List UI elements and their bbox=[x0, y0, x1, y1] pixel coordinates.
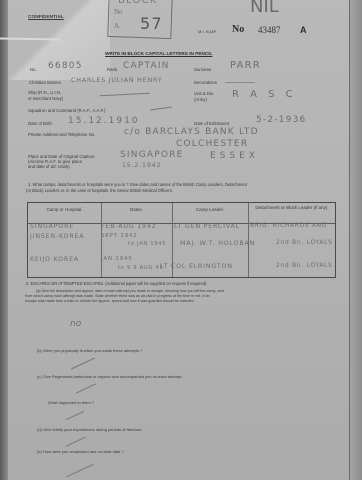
rank-value: CAPTAIN bbox=[123, 61, 170, 71]
number-label: No bbox=[232, 24, 244, 35]
row-2-detachment: 2nd Bn. LOYALS bbox=[276, 240, 333, 246]
capture-place: SINGAPORE bbox=[120, 150, 183, 160]
row-1-leader: LT GEN PERCIVAL bbox=[174, 223, 240, 230]
row-3-detachment: 2nd Bn. LOYALS bbox=[276, 263, 333, 269]
address-line-1: c/o BARCLAYS BANK LTD bbox=[124, 127, 259, 137]
header-detachment: Detachment or Block Leader (if any). bbox=[254, 205, 330, 211]
header-camp: Camp or Hospital. bbox=[28, 207, 101, 212]
question-2a-line-2: from which camp each attempt was made. S… bbox=[25, 294, 210, 298]
address-line-2: COLCHESTER bbox=[176, 139, 248, 149]
decorations-dash bbox=[225, 82, 255, 83]
question-2e: (e) How were you recaptured and on what … bbox=[37, 449, 124, 454]
question-1-line-1: 1. What camps, detachments or hospitals … bbox=[28, 182, 247, 187]
christian-names-value: CHARLES JULIAN HENRY bbox=[71, 77, 162, 84]
squadron-label: Squadron and Command (R.A.F., A.A.F.) bbox=[28, 108, 105, 113]
question-1-line-2: (or Block) Leaders or, in the case of ho… bbox=[26, 188, 173, 193]
unit-label: Unit & Div. bbox=[194, 91, 214, 96]
row-2-camp: JINSEN-KOREA bbox=[30, 233, 84, 240]
address-line-3: ESSEX bbox=[210, 151, 259, 161]
question-2a-answer: no bbox=[70, 319, 81, 329]
enlistment-label: Date of Enlistment bbox=[194, 121, 229, 126]
question-2c-follow-up: What happened to them ? bbox=[48, 400, 94, 405]
form-number-suffix: A bbox=[300, 25, 307, 35]
stamp-no-label: No bbox=[114, 8, 123, 16]
header-dates: Dates. bbox=[101, 207, 172, 212]
ship-label-2: or Merchant Navy) bbox=[28, 96, 63, 101]
address-label: Private Address and Telephone No. bbox=[28, 132, 95, 137]
no-value: 66805 bbox=[48, 61, 83, 71]
row-3-camp: KEIJO KOREA bbox=[30, 256, 79, 263]
row-3-dates-end: to 9.9 AUG 45 bbox=[118, 265, 163, 271]
form-reference: M.I. 9/JAP. bbox=[198, 29, 217, 34]
row-1-detachment: BRIG. RICHARDS AND bbox=[250, 223, 327, 229]
col-divider bbox=[101, 203, 102, 277]
row-3-leader: LT COL ELRINGTON bbox=[160, 263, 233, 270]
ship-label: Ship (R.N., U.I.N. bbox=[28, 90, 61, 95]
question-2a-line-1: (a) Give full description and approx. da… bbox=[36, 289, 224, 293]
surname-label: Surname bbox=[194, 67, 211, 72]
question-2b: (b) Were you physically fit when you mad… bbox=[37, 348, 143, 353]
capture-date: 15.2.1942 bbox=[122, 162, 161, 169]
capture-label-3: and date of a/c crash). bbox=[28, 164, 71, 169]
row-2-dates-end: to JAN 1945 bbox=[128, 241, 166, 247]
confidential-label: CONFIDENTIAL bbox=[28, 15, 64, 20]
enlistment-value: 5-2-1936 bbox=[256, 115, 306, 125]
dob-value: 15.12.1910 bbox=[68, 116, 140, 126]
question-2d: (d) Give briefly your experiences during… bbox=[37, 427, 142, 432]
block-number: 57 bbox=[140, 14, 163, 33]
decorations-label: Decorations bbox=[194, 80, 217, 85]
christian-names-label: Christian Names bbox=[29, 80, 61, 85]
stamp-a-label: A. bbox=[114, 22, 121, 30]
rank-label: Rank bbox=[107, 67, 117, 72]
row-1-camp: SINGAPORE bbox=[30, 223, 74, 230]
row-3-dates: JAN 1945 bbox=[101, 256, 133, 262]
instruction-heading: WRITE IN BLOCK CAPITAL LETTERS IN PENCIL bbox=[105, 51, 212, 56]
unit-label-2: (Army) bbox=[194, 97, 207, 102]
header-camp-leader: Camp Leader. bbox=[172, 207, 248, 212]
dob-label: Date of Birth bbox=[28, 121, 52, 126]
nil-annotation: NIL bbox=[250, 0, 279, 17]
question-2a-line-3: escape was made from a train or vehicle … bbox=[25, 299, 195, 303]
form-number: 43487 bbox=[258, 25, 281, 35]
row-1-dates: FEB-AUG 1942 bbox=[101, 223, 156, 230]
row-2-dates: SEPT 1942 bbox=[101, 233, 138, 239]
unit-value: R A S C bbox=[232, 89, 297, 100]
row-2-leader: MAJ. W.T. HOLOBAN bbox=[180, 240, 255, 247]
no-label: No. bbox=[30, 67, 37, 72]
stamp-block-label: BLOCK bbox=[118, 0, 158, 6]
question-2-heading: 2. ESCAPES OR ATTEMPTED ESCAPES. (Additi… bbox=[26, 281, 208, 286]
right-page-edge bbox=[349, 0, 362, 480]
question-2c: (c) Give Regimental particulars of anyon… bbox=[37, 374, 182, 379]
surname-value: PARR bbox=[230, 60, 261, 71]
